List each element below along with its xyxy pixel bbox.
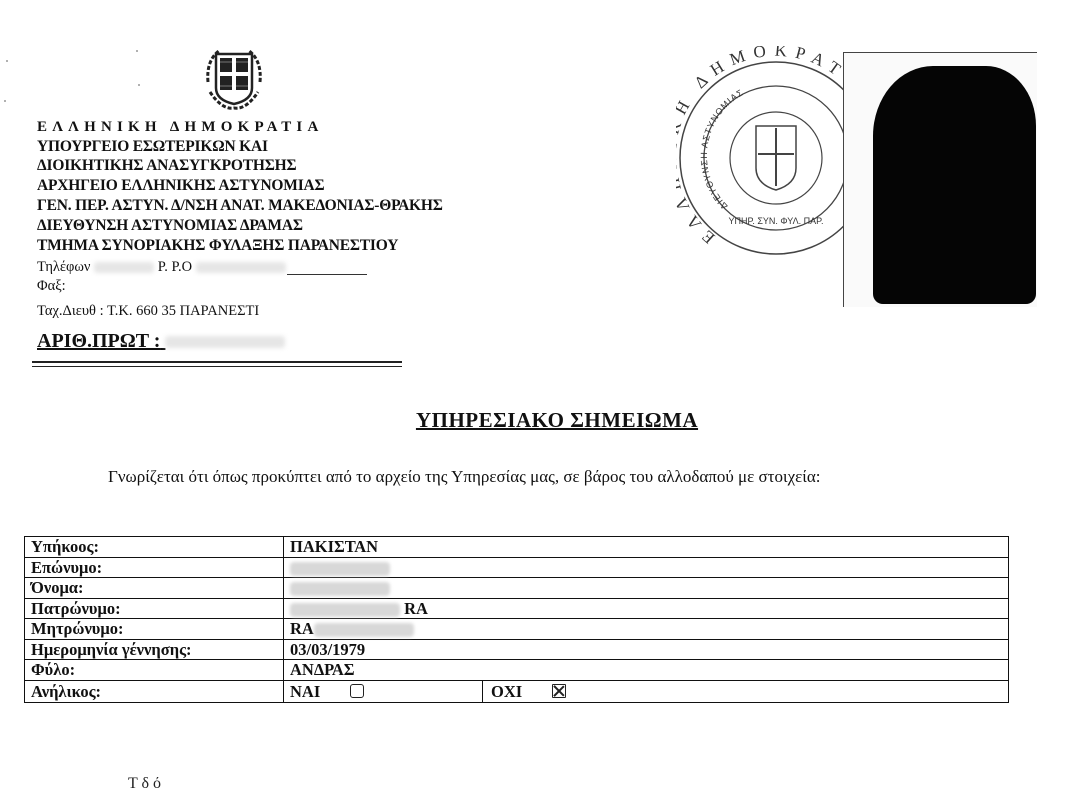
phone-redaction: [196, 262, 286, 273]
address-value: Τ.Κ. 660 35 ΠΑΡΑΝΕΣΤΙ: [107, 303, 259, 319]
minor-options: ΝΑΙΟΧΙ: [284, 680, 1009, 702]
address-label: Ταχ.Διευθ :: [37, 303, 104, 319]
table-row: Ημερομηνία γέννησης:03/03/1979: [25, 639, 1009, 660]
scan-speck: [6, 60, 8, 62]
header-department: ΤΜΗΜΑ ΣΥΝΟΡΙΑΚΗΣ ΦΥΛΑΞΗΣ ΠΑΡΑΝΕΣΤΙΟΥ: [37, 236, 398, 256]
svg-text:ΔΙΕΥΘΥΝΣΗ ΑΣΤΥΝΟΜΙΑΣ: ΔΙΕΥΘΥΝΣΗ ΑΣΤΥΝΟΜΙΑΣ: [699, 87, 745, 211]
fax-label: Φαξ:: [37, 277, 66, 295]
field-label: Υπήκοος:: [25, 537, 284, 558]
phone-line: Τηλέφων Ρ. Ρ.Ο: [37, 258, 286, 276]
table-row-minor: Ανήλικος:ΝΑΙΟΧΙ: [25, 680, 1009, 702]
protocol-label: ΑΡΙΘ.ΠΡΩΤ :: [37, 330, 160, 352]
field-value: ΑΝΔΡΑΣ: [284, 660, 1009, 681]
redaction-blur: [290, 582, 390, 596]
header-country: ΕΛΛΗΝΙΚΗ ΔΗΜΟΚΡΑΤΙΑ: [37, 118, 323, 138]
field-value-text: RA: [290, 619, 314, 638]
greek-coat-of-arms-icon: [198, 42, 270, 114]
checkbox-no-icon[interactable]: [552, 684, 566, 698]
checkbox-yes-icon[interactable]: [350, 684, 364, 698]
field-label: Φύλο:: [25, 660, 284, 681]
header-region: ΓΕΝ. ΠΕΡ. ΑΣΤΥΝ. Δ/ΝΣΗ ΑΝΑΤ. ΜΑΚΕΔΟΝΙΑΣ-…: [37, 196, 443, 216]
redaction-blur: [290, 562, 390, 576]
id-photo-redaction: [873, 66, 1036, 304]
field-value-text: RA: [404, 599, 428, 618]
field-value: [284, 578, 1009, 599]
scan-speck: [4, 100, 6, 102]
phone-redaction: [94, 262, 154, 273]
header-hq: ΑΡΧΗΓΕΙΟ ΕΛΛΗΝΙΚΗΣ ΑΣΤΥΝΟΜΙΑΣ: [37, 176, 324, 196]
table-row: Πατρώνυμο: RA: [25, 598, 1009, 619]
following-paragraph-fragment: Τ δ ό: [128, 775, 161, 789]
table-row: Μητρώνυμο:RA: [25, 619, 1009, 640]
scan-speck: [138, 84, 140, 86]
field-label: Όνομα:: [25, 578, 284, 599]
option-no-label: ΟΧΙ: [491, 682, 522, 701]
field-label: Πατρώνυμο:: [25, 598, 284, 619]
field-label: Επώνυμο:: [25, 557, 284, 578]
intro-paragraph: Γνωρίζεται ότι όπως προκύπτει από το αρχ…: [32, 466, 1022, 488]
field-value: 03/03/1979: [284, 639, 1009, 660]
svg-text:ΥΠΗΡ. ΣΥΝ. ΦΥΛ. ΠΑΡ.: ΥΠΗΡ. ΣΥΝ. ΦΥΛ. ΠΑΡ.: [728, 216, 823, 226]
field-label: Ανήλικος:: [25, 680, 284, 702]
option-yes: ΝΑΙ: [290, 682, 490, 701]
person-details-table: Υπήκοος:ΠΑΚΙΣΤΑΝΕπώνυμο:Όνομα:Πατρώνυμο:…: [24, 536, 1009, 703]
phone-underline: [287, 274, 367, 275]
table-row: Όνομα:: [25, 578, 1009, 599]
field-label: Μητρώνυμο:: [25, 619, 284, 640]
field-label: Ημερομηνία γέννησης:: [25, 639, 284, 660]
table-row: Φύλο:ΑΝΔΡΑΣ: [25, 660, 1009, 681]
header-ministry-line1: ΥΠΟΥΡΓΕΙΟ ΕΣΩΤΕΡΙΚΩΝ ΚΑΙ: [37, 137, 268, 157]
field-value: RA: [284, 619, 1009, 640]
option-no: ΟΧΙ: [482, 681, 691, 702]
redaction-blur: [314, 623, 414, 637]
field-value: [284, 557, 1009, 578]
redaction-blur: [290, 603, 400, 617]
address-line: Ταχ.Διευθ : Τ.Κ. 660 35 ΠΑΡΑΝΕΣΤΙ: [37, 302, 259, 320]
header-rule: [32, 361, 402, 363]
table-row: Επώνυμο:: [25, 557, 1009, 578]
header-directorate: ΔΙΕΥΘΥΝΣΗ ΑΣΤΥΝΟΜΙΑΣ ΔΡΑΜΑΣ: [37, 216, 303, 236]
field-value: RA: [284, 598, 1009, 619]
header-rule: [32, 366, 402, 367]
scan-speck: [136, 50, 138, 52]
document-title: ΥΠΗΡΕΣΙΑΚΟ ΣΗΜΕΙΩΜΑ: [0, 408, 1084, 433]
phone-label: Τηλέφων: [37, 259, 91, 275]
phone-partial: Ρ. Ρ.Ο: [158, 259, 192, 275]
protocol-redaction: [165, 336, 285, 348]
option-yes-label: ΝΑΙ: [290, 682, 320, 701]
table-row: Υπήκοος:ΠΑΚΙΣΤΑΝ: [25, 537, 1009, 558]
header-ministry-line2: ΔΙΟΙΚΗΤΙΚΗΣ ΑΝΑΣΥΓΚΡΟΤΗΣΗΣ: [37, 156, 296, 176]
field-value: ΠΑΚΙΣΤΑΝ: [284, 537, 1009, 558]
protocol-number: ΑΡΙΘ.ΠΡΩΤ :: [37, 330, 285, 353]
